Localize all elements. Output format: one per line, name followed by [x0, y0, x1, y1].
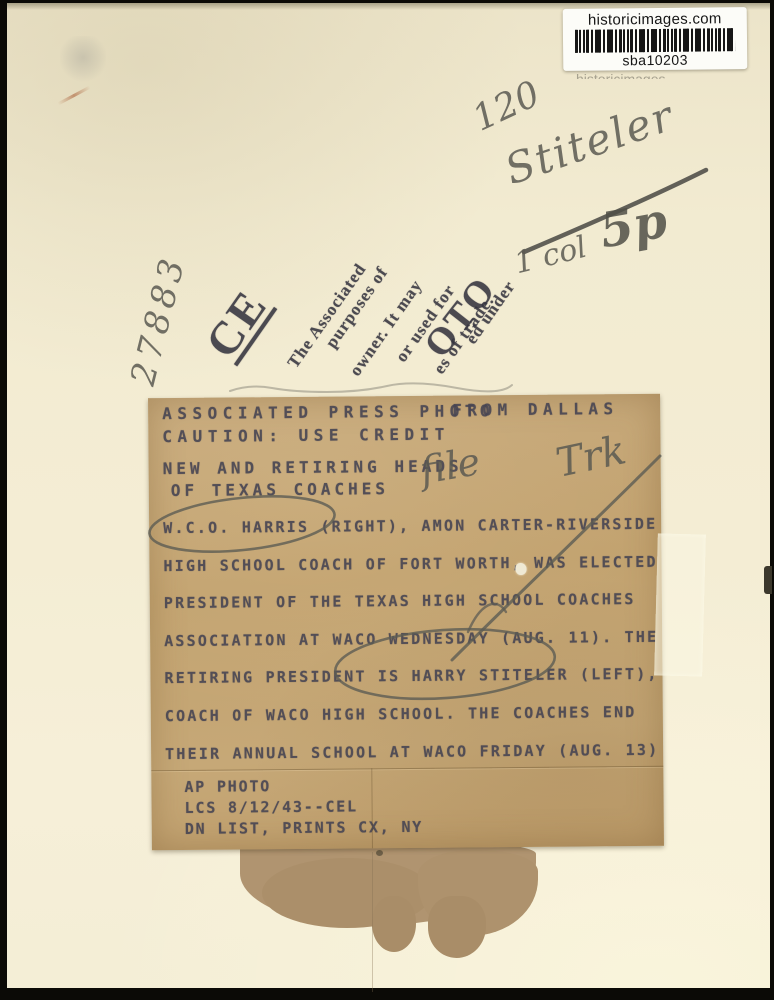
caption-header-right: FROM DALLAS: [452, 399, 619, 419]
caption-footer-line: AP PHOTO: [184, 775, 422, 798]
handwritten-size-mark: 5p: [596, 193, 672, 260]
caption-body-line: ASSOCIATION AT WACO WEDNESDAY (AUG. 11).…: [164, 619, 658, 661]
sticker-code-text: sba10203: [622, 52, 688, 69]
caption-body-line: PRESIDENT OF THE TEXAS HIGH SCHOOL COACH…: [164, 581, 658, 623]
edge-nick: [764, 566, 772, 594]
smudge-mark: [60, 36, 106, 84]
stain-speck: [376, 850, 383, 856]
caption-body-line: COACH OF WACO HIGH SCHOOL. THE COACHES E…: [165, 694, 659, 736]
press-photo-verso-scan: { "sticker": { "site": "historicimages.c…: [0, 0, 774, 1000]
caption-body: W.C.O. HARRIS (RIGHT), AMON CARTER-RIVER…: [163, 506, 659, 773]
barcode: [575, 28, 735, 53]
barcode-sticker: historicimages.com sba10203: [563, 7, 748, 71]
caption-footer: AP PHOTO LCS 8/12/43--CEL DN LIST, PRINT…: [184, 775, 423, 840]
paper-crease: [372, 852, 373, 992]
caption-body-line: RETIRING PRESIDENT IS HARRY STITELER (LE…: [164, 656, 658, 698]
caption-header-left: ASSOCIATED PRESS PHOTO: [162, 401, 495, 423]
sticker-ghost-text: historicimages: [576, 71, 736, 79]
caption-footer-line: LCS 8/12/43--CEL: [185, 796, 423, 819]
caption-body-line: W.C.O. HARRIS (RIGHT), AMON CARTER-RIVER…: [163, 506, 657, 548]
caption-body-line: HIGH SCHOOL COACH OF FORT WORTH, WAS ELE…: [163, 543, 657, 585]
caption-credit-line: CAUTION: USE CREDIT: [162, 425, 450, 447]
caption-footer-line: DN LIST, PRINTS CX, NY: [185, 817, 423, 840]
glue-stain: [372, 896, 416, 952]
glue-stain: [428, 896, 486, 958]
sticker-site-text: historicimages.com: [588, 10, 722, 28]
paper-chip: [515, 563, 526, 575]
caption-title-line2: OF TEXAS COACHES: [171, 479, 389, 500]
tape-patch: [654, 533, 706, 676]
